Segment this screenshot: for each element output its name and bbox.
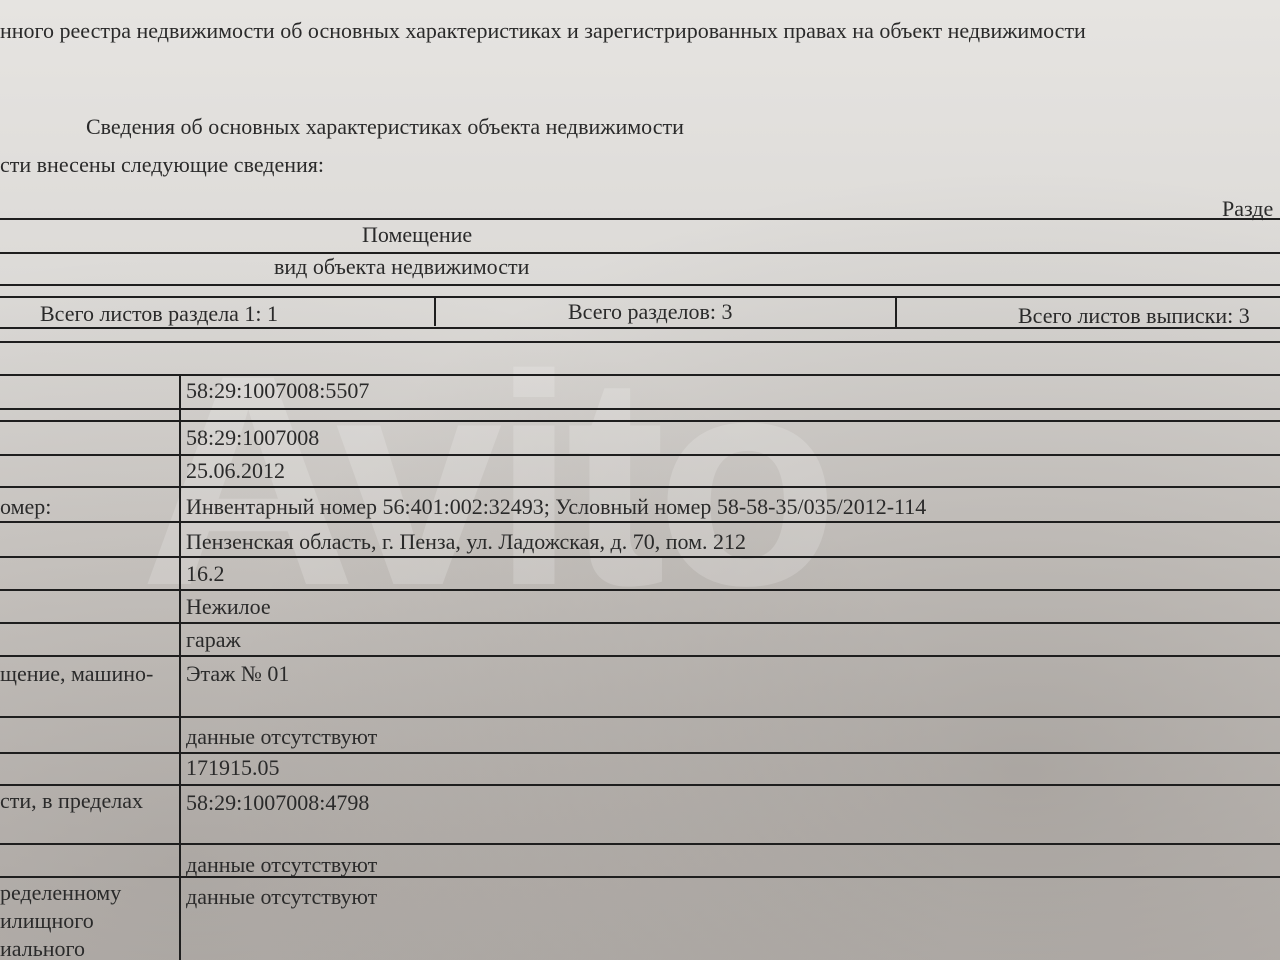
rule — [0, 752, 1280, 754]
rule — [0, 716, 1280, 718]
divider — [434, 296, 436, 326]
rule — [0, 876, 1280, 878]
row-label: омер: — [0, 496, 51, 518]
rule — [0, 374, 1280, 376]
rule — [0, 622, 1280, 624]
purpose: Нежилое — [186, 596, 271, 618]
rule — [0, 556, 1280, 558]
rule — [0, 327, 1280, 329]
rule — [0, 784, 1280, 786]
divider — [895, 296, 897, 328]
parent-object-number: 58:29:1007008:4798 — [186, 792, 369, 814]
address: Пензенская область, г. Пенза, ул. Ладожс… — [186, 531, 746, 553]
total-sheets: Всего листов выписки: 3 — [1018, 305, 1250, 327]
rule — [0, 655, 1280, 657]
row-label: сти, в пределах — [0, 790, 143, 812]
row-label: щение, машино- — [0, 663, 153, 685]
cadastral-value: 171915.05 — [186, 757, 280, 779]
rule — [0, 843, 1280, 845]
rule — [0, 284, 1280, 286]
rule — [0, 408, 1280, 410]
section-label: Разде — [1222, 198, 1273, 220]
assignment-date: 25.06.2012 — [186, 460, 285, 482]
object-type-caption: вид объекта недвижимости — [274, 256, 529, 278]
document-subtitle: Сведения об основных характеристиках объ… — [86, 116, 684, 138]
sheets-in-section: Всего листов раздела 1: 1 — [40, 303, 278, 325]
rule — [0, 252, 1280, 254]
rule — [0, 420, 1280, 422]
previous-numbers: Инвентарный номер 56:401:002:32493; Усло… — [186, 496, 926, 518]
rule — [0, 341, 1280, 343]
row-label: илищного — [0, 910, 94, 932]
rule — [0, 589, 1280, 591]
field-value: данные отсутствуют — [186, 854, 377, 876]
floor: Этаж № 01 — [186, 663, 289, 685]
cadastral-number: 58:29:1007008:5507 — [186, 380, 369, 402]
column-divider — [179, 374, 181, 960]
row-label: ределенному — [0, 882, 121, 904]
total-sections: Всего разделов: 3 — [568, 301, 732, 323]
rule — [0, 296, 1280, 298]
room-type: гараж — [186, 629, 241, 651]
rule — [0, 454, 1280, 456]
field-value: данные отсутствуют — [186, 726, 377, 748]
rule — [0, 486, 1280, 488]
document-header: нного реестра недвижимости об основных х… — [0, 20, 1086, 42]
cadastral-quarter: 58:29:1007008 — [186, 427, 319, 449]
row-label: иального — [0, 938, 85, 960]
field-value: данные отсутствуют — [186, 886, 377, 908]
rule — [0, 218, 1280, 220]
rule — [0, 521, 1280, 523]
document-intro: сти внесены следующие сведения: — [0, 154, 324, 176]
object-type-value: Помещение — [362, 224, 472, 246]
area: 16.2 — [186, 563, 225, 585]
